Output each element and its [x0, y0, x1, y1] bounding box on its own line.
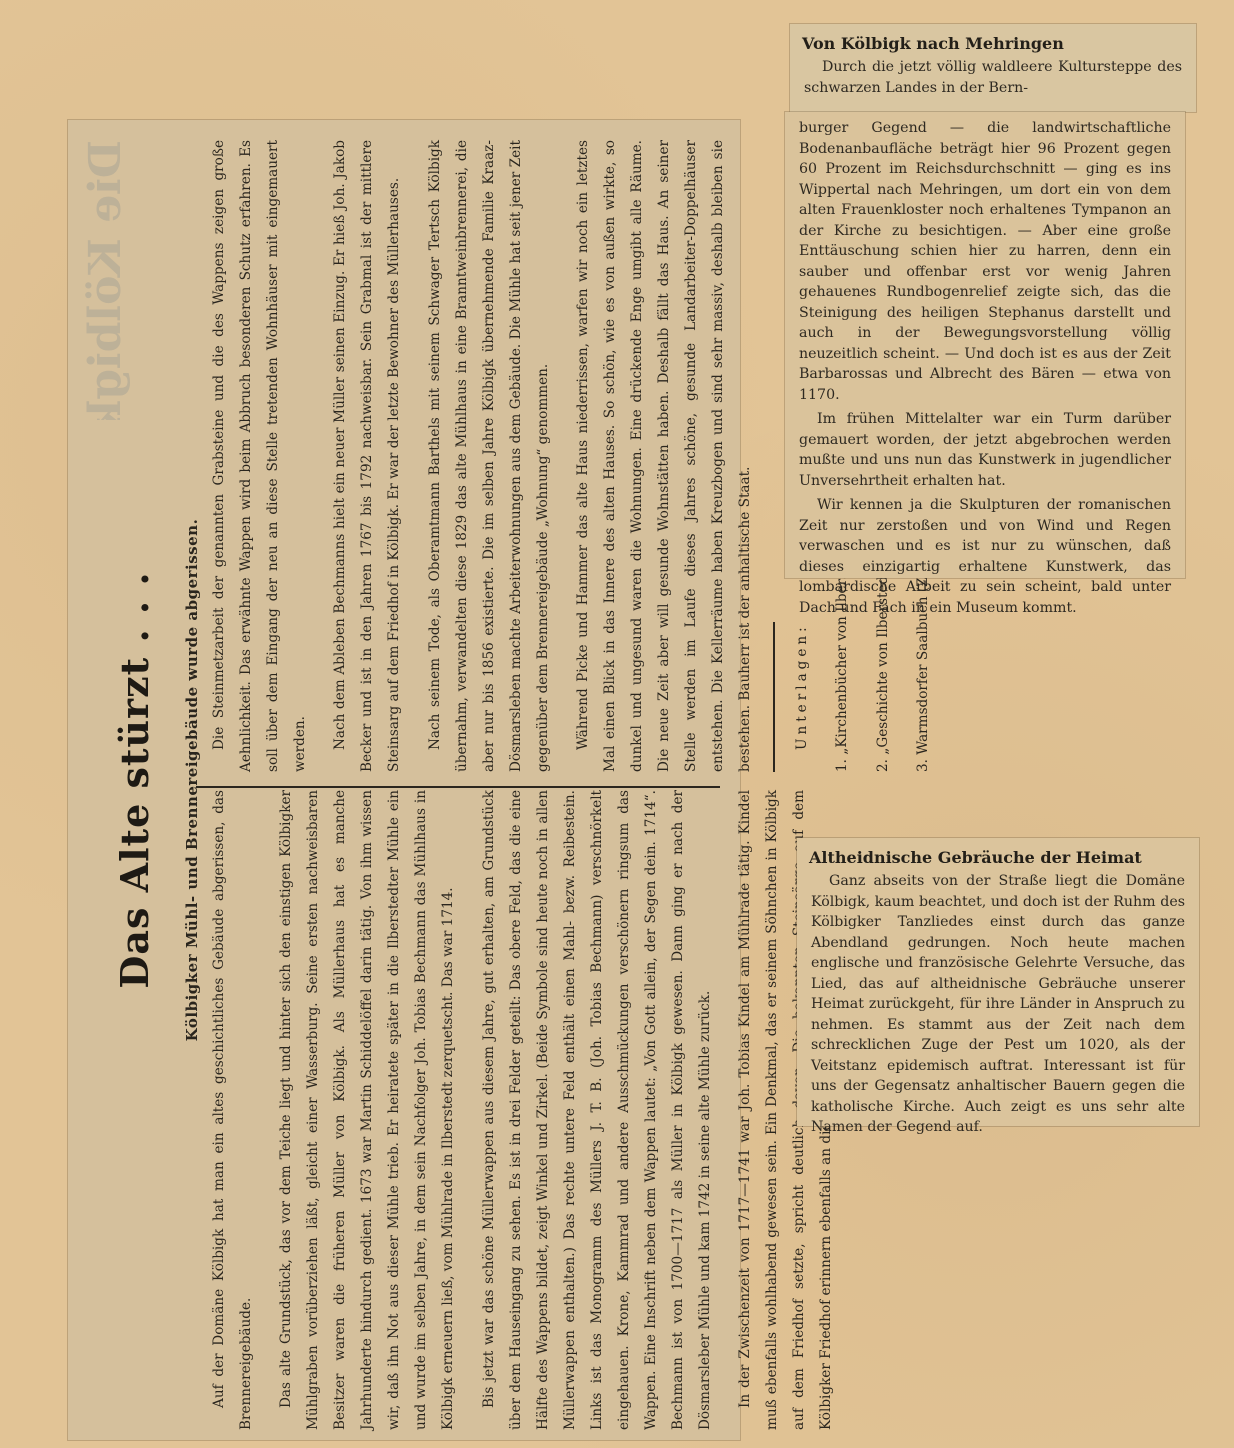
paragraph: Bis jetzt war das schöne Müllerwappen au…	[476, 790, 719, 1430]
paragraph: burger Gegend — die landwirtschaftliche …	[799, 118, 1171, 405]
paragraph: Während Picke und Hammer das alte Haus n…	[570, 140, 759, 772]
paragraph: Wir kennen ja die Skulpturen der romanis…	[799, 495, 1171, 618]
clipping-mehringen-top-strip: Von Kölbigk nach Mehringen Durch die jet…	[790, 24, 1196, 112]
article-title: Von Kölbigk nach Mehringen	[802, 34, 1184, 53]
paragraph: Auf der Domäne Kölbigk hat man ein altes…	[206, 790, 260, 1430]
clipping-altheidnische-gebraeuche: Altheidnische Gebräuche der Heimat Ganz …	[797, 838, 1199, 1126]
paragraph: Die Steinmetzarbeit der genannten Grabst…	[206, 140, 314, 772]
article-body: Ganz abseits von der Straße liegt die Do…	[811, 871, 1185, 1138]
article-intro: Durch die jetzt völlig waldleere Kulturs…	[804, 57, 1182, 98]
paragraph: Das alte Grundstück, das vor dem Teiche …	[273, 790, 462, 1430]
sources-divider	[773, 622, 775, 772]
article-header: Das Alte stürzt . . . Kölbigker Mühl- un…	[112, 120, 201, 1440]
article-body: burger Gegend — die landwirtschaftliche …	[799, 118, 1171, 618]
paragraph: Nach seinem Tode, als Oberamtmann Barthe…	[422, 140, 557, 772]
column-divider	[196, 786, 720, 788]
headline: Das Alte stürzt . . .	[112, 120, 157, 1440]
paragraph: Nach dem Ableben Bechmanns hielt ein neu…	[327, 140, 408, 772]
article-title: Altheidnische Gebräuche der Heimat	[809, 848, 1187, 867]
paragraph: Durch die jetzt völlig waldleere Kulturs…	[804, 57, 1182, 98]
clipping-mehringen-body: burger Gegend — die landwirtschaftliche …	[785, 112, 1185, 578]
rotated-newspaper-clipping: Die Kölbigker … Das Alte stürzt . . . Kö…	[68, 120, 740, 1440]
paragraph: Im frühen Mittelalter war ein Turm darüb…	[799, 409, 1171, 491]
article-column-1: Auf der Domäne Kölbigk hat man ein altes…	[192, 790, 854, 1430]
paragraph: Ganz abseits von der Straße liegt die Do…	[811, 871, 1185, 1138]
